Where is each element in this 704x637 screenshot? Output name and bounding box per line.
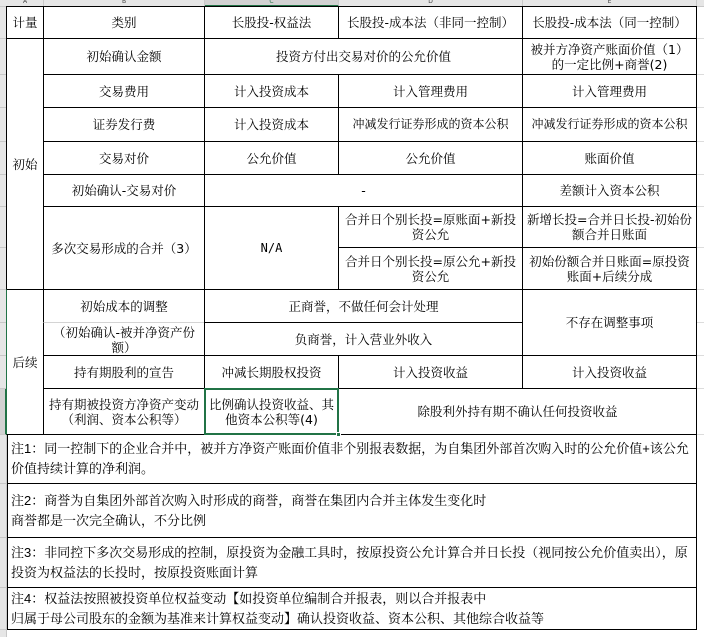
note-3-text: 注3：非同控下多次交易形成的控制，原投资为金融工具时，按原投资公允计算合并日长投…: [11, 543, 693, 583]
note-4-text: 注4：权益法按照被投资单位权益变动【如投资单位编制合并报表，则以合并报表中 归属…: [11, 589, 544, 629]
row-diff-common[interactable]: 差额计入资本公积: [522, 174, 697, 207]
row-multi-step-common-1[interactable]: 新增长投=合并日长投-初始份额合并日账面: [522, 206, 697, 248]
row-net-asset-change-equity-selected-cell[interactable]: 比例确认投资收益、其他资本公积等(4): [204, 388, 339, 435]
section-subsequent[interactable]: 后续: [6, 289, 44, 435]
gridlines-right: [697, 7, 704, 637]
row-transaction-fee-equity[interactable]: 计入投资成本: [204, 74, 339, 108]
header-measure[interactable]: 计量: [6, 6, 44, 39]
row-dividend-common[interactable]: 计入投资收益: [522, 355, 697, 389]
header-category[interactable]: 类别: [43, 6, 205, 39]
note-3[interactable]: 注3：非同控下多次交易形成的控制，原投资为金融工具时，按原投资公允计算合并日长投…: [7, 537, 697, 588]
note-2-text: 注2：商誉为自集团外部首次购入时形成的商誉，商誉在集团内合并主体发生变化时 商誉…: [11, 491, 486, 531]
row-cost-adjustment-category-2[interactable]: （初始确认-被并净资产份额）: [43, 323, 205, 357]
row-header[interactable]: [0, 435, 7, 484]
row-initial-amount-category[interactable]: 初始确认金额: [43, 38, 205, 75]
row-securities-fee-non-common[interactable]: 冲减发行证券形成的资本公积: [338, 107, 523, 142]
header-cost-method-non-common[interactable]: 长股投-成本法（非同一控制）: [338, 6, 523, 39]
row-securities-fee-common[interactable]: 冲减发行证券形成的资本公积: [522, 107, 697, 142]
note-1[interactable]: 注1：同一控制下的企业合并中，被并方净资产账面价值非个别报表数据，为自集团外部首…: [7, 434, 697, 484]
row-consideration-equity[interactable]: 公允价值: [204, 141, 339, 175]
fill-handle[interactable]: [336, 432, 341, 437]
row-multi-step-category[interactable]: 多次交易形成的合并（3）: [43, 206, 205, 290]
row-header[interactable]: [0, 484, 7, 538]
row-header[interactable]: [0, 588, 7, 630]
row-initial-amount-common[interactable]: 被并方净资产账面价值（1）的一定比例+商誉(2): [522, 38, 697, 75]
row-dividend-category[interactable]: 持有期股利的宣告: [43, 355, 205, 389]
header-cost-method-common[interactable]: 长股投-成本法（同一控制）: [522, 6, 697, 39]
row-securities-fee-equity[interactable]: 计入投资成本: [204, 107, 339, 142]
row-transaction-fee-category[interactable]: 交易费用: [43, 74, 205, 108]
row-consideration-common[interactable]: 账面价值: [522, 141, 697, 175]
row-cost-adjustment-category-1[interactable]: 初始成本的调整: [43, 289, 205, 323]
note-4[interactable]: 注4：权益法按照被投资单位权益变动【如投资单位编制合并报表，则以合并报表中 归属…: [7, 587, 697, 630]
row-consideration-non-common[interactable]: 公允价值: [338, 141, 523, 175]
row-cost-adjustment-cost-methods[interactable]: 不存在调整事项: [522, 289, 697, 356]
row-dividend-equity[interactable]: 冲减长期股权投资: [204, 355, 339, 389]
row-diff-category[interactable]: 初始确认-交易对价: [43, 174, 205, 207]
row-multi-step-common-2[interactable]: 初始份额合并日账面=原投资账面+后续分成: [522, 247, 697, 290]
row-dividend-non-common[interactable]: 计入投资收益: [338, 355, 523, 389]
section-initial[interactable]: 初始: [6, 38, 44, 290]
row-diff-merged[interactable]: -: [204, 174, 523, 207]
row-multi-step-equity[interactable]: N/A: [204, 206, 339, 290]
row-net-asset-change-category[interactable]: 持有期被投资方净资产变动（利润、资本公积等）: [43, 388, 205, 435]
note-1-text: 注1：同一控制下的企业合并中，被并方净资产账面价值非个别报表数据，为自集团外部首…: [11, 439, 693, 479]
row-transaction-fee-non-common[interactable]: 计入管理费用: [338, 74, 523, 108]
row-consideration-category[interactable]: 交易对价: [43, 141, 205, 175]
row-net-asset-change-cost-methods[interactable]: 除股利外持有期不确认任何投资收益: [338, 388, 697, 435]
row-transaction-fee-common[interactable]: 计入管理费用: [522, 74, 697, 108]
row-multi-step-non-common-1[interactable]: 合并日个别长投=原账面+新投资公允: [338, 206, 523, 248]
row-header[interactable]: [0, 538, 7, 588]
row-multi-step-non-common-2[interactable]: 合并日个别长投=原公允+新投资公允: [338, 247, 523, 290]
row-securities-fee-category[interactable]: 证券发行费: [43, 107, 205, 142]
row-initial-amount-merged[interactable]: 投资方付出交易对价的公允价值: [204, 38, 523, 75]
note-2[interactable]: 注2：商誉为自集团外部首次购入时形成的商誉，商誉在集团内合并主体发生变化时 商誉…: [7, 483, 697, 538]
row-negative-goodwill[interactable]: 负商誉，计入营业外收入: [204, 322, 523, 356]
row-positive-goodwill[interactable]: 正商誉，不做任何会计处理: [204, 289, 523, 323]
header-equity-method[interactable]: 长股投-权益法: [204, 6, 339, 39]
